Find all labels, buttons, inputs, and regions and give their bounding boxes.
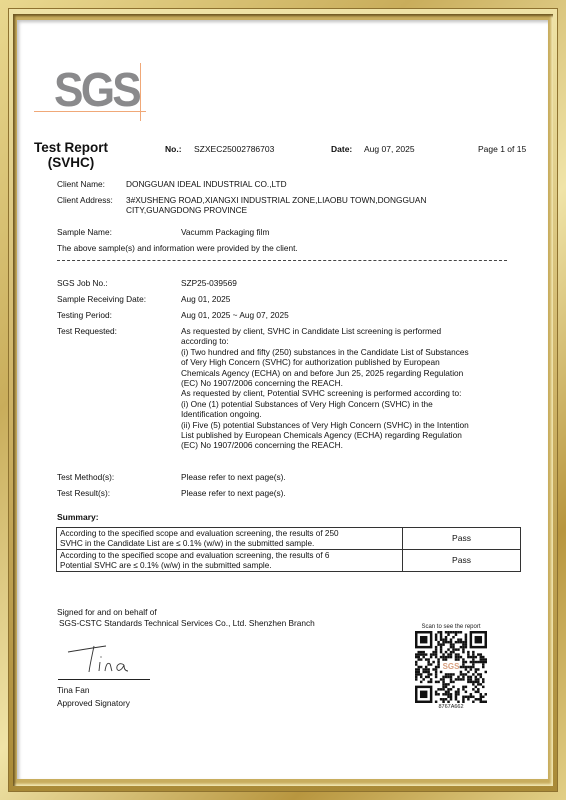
summary-title: Summary:: [57, 512, 99, 522]
signatory-name: Tina Fan: [57, 685, 89, 695]
logo-crosshair-vertical: [140, 63, 141, 121]
logo-crosshair-horizontal: [34, 111, 146, 112]
client-address-line-1: 3#XUSHENG ROAD,XIANGXI INDUSTRIAL ZONE,L…: [126, 195, 426, 205]
svg-text:SGS: SGS: [443, 662, 460, 671]
test-requested-line: (EC) No 1907/2006 concerning the REACH.: [181, 378, 469, 388]
summary-row: According to the specified scope and eva…: [57, 550, 521, 572]
client-name-label: Client Name:: [57, 179, 105, 189]
receiving-date-value: Aug 01, 2025: [181, 294, 230, 304]
test-requested-label: Test Requested:: [57, 326, 117, 336]
summary-row: According to the specified scope and eva…: [57, 528, 521, 550]
test-method-label: Test Method(s):: [57, 472, 114, 482]
signed-on-behalf-line: Signed for and on behalf of: [57, 607, 157, 617]
test-requested-line: (i) One (1) potential Substances of Very…: [181, 399, 469, 409]
test-requested-line: (i) Two hundred and fifty (250) substanc…: [181, 347, 469, 357]
dashed-divider: [57, 260, 507, 261]
sgs-logo: SGS: [54, 67, 139, 115]
test-result-value: Please refer to next page(s).: [181, 488, 286, 498]
report-no-value: SZXEC25002786703: [194, 144, 274, 154]
signing-company: SGS-CSTC Standards Technical Services Co…: [59, 618, 315, 628]
sample-name-value: Vacumm Packaging film: [181, 227, 269, 237]
client-address-line-2: CITY,GUANGDONG PROVINCE: [126, 205, 247, 215]
summary-result: Pass: [403, 528, 521, 550]
report-qr-block: Scan to see the report SGS 8767A662: [413, 624, 489, 710]
test-requested-line: (ii) Five (5) potential Substances of Ve…: [181, 420, 469, 430]
summary-line: SVHC in the Candidate List are ≤ 0.1% (w…: [60, 539, 399, 549]
qr-code[interactable]: SGS: [415, 631, 487, 703]
test-requested-line: List published by European Chemicals Age…: [181, 430, 469, 440]
summary-line: According to the specified scope and eva…: [60, 529, 399, 539]
receiving-date-label: Sample Receiving Date:: [57, 294, 146, 304]
page-indicator: Page 1 of 15: [478, 144, 526, 154]
test-requested-line: (EC) No 1907/2006 concerning the REACH.: [181, 440, 469, 450]
sample-name-label: Sample Name:: [57, 227, 112, 237]
test-requested-line: As requested by client, Potential SVHC s…: [181, 388, 469, 398]
title-line-2: (SVHC): [34, 155, 108, 170]
test-result-label: Test Result(s):: [57, 488, 110, 498]
summary-description: According to the specified scope and eva…: [57, 528, 403, 550]
job-no-value: SZP25-039569: [181, 278, 237, 288]
test-requested-text: As requested by client, SVHC in Candidat…: [181, 326, 469, 451]
testing-period-label: Testing Period:: [57, 310, 112, 320]
qr-caption: Scan to see the report: [413, 624, 489, 630]
summary-line: Potential SVHC are ≤ 0.1% (w/w) in the s…: [60, 561, 399, 571]
report-no-label: No.:: [165, 144, 182, 154]
test-requested-line: Chemicals Agency (ECHA) on and before Ju…: [181, 368, 469, 378]
testing-period-value: Aug 01, 2025 ~ Aug 07, 2025: [181, 310, 289, 320]
test-method-value: Please refer to next page(s).: [181, 472, 286, 482]
test-requested-line: of Very High Concern (SVHC) for authoriz…: [181, 357, 469, 367]
summary-line: According to the specified scope and eva…: [60, 551, 399, 561]
summary-table: According to the specified scope and eva…: [56, 527, 521, 572]
client-address-label: Client Address:: [57, 195, 113, 205]
report-title: Test Report (SVHC): [34, 140, 108, 170]
client-note: The above sample(s) and information were…: [57, 243, 298, 253]
test-requested-line: As requested by client, SVHC in Candidat…: [181, 326, 469, 336]
title-line-1: Test Report: [34, 140, 108, 155]
summary-result: Pass: [403, 550, 521, 572]
client-name-value: DONGGUAN IDEAL INDUSTRIAL CO.,LTD: [126, 179, 287, 189]
date-value: Aug 07, 2025: [364, 144, 415, 154]
handwritten-signature: [62, 638, 142, 676]
signature-line: [58, 679, 150, 680]
test-requested-line: Identification ongoing.: [181, 409, 469, 419]
job-no-label: SGS Job No.:: [57, 278, 108, 288]
qr-verification-code: 8767A662: [413, 704, 489, 710]
summary-description: According to the specified scope and eva…: [57, 550, 403, 572]
signatory-role: Approved Signatory: [57, 698, 130, 708]
test-requested-line: according to:: [181, 336, 469, 346]
date-label: Date:: [331, 144, 352, 154]
